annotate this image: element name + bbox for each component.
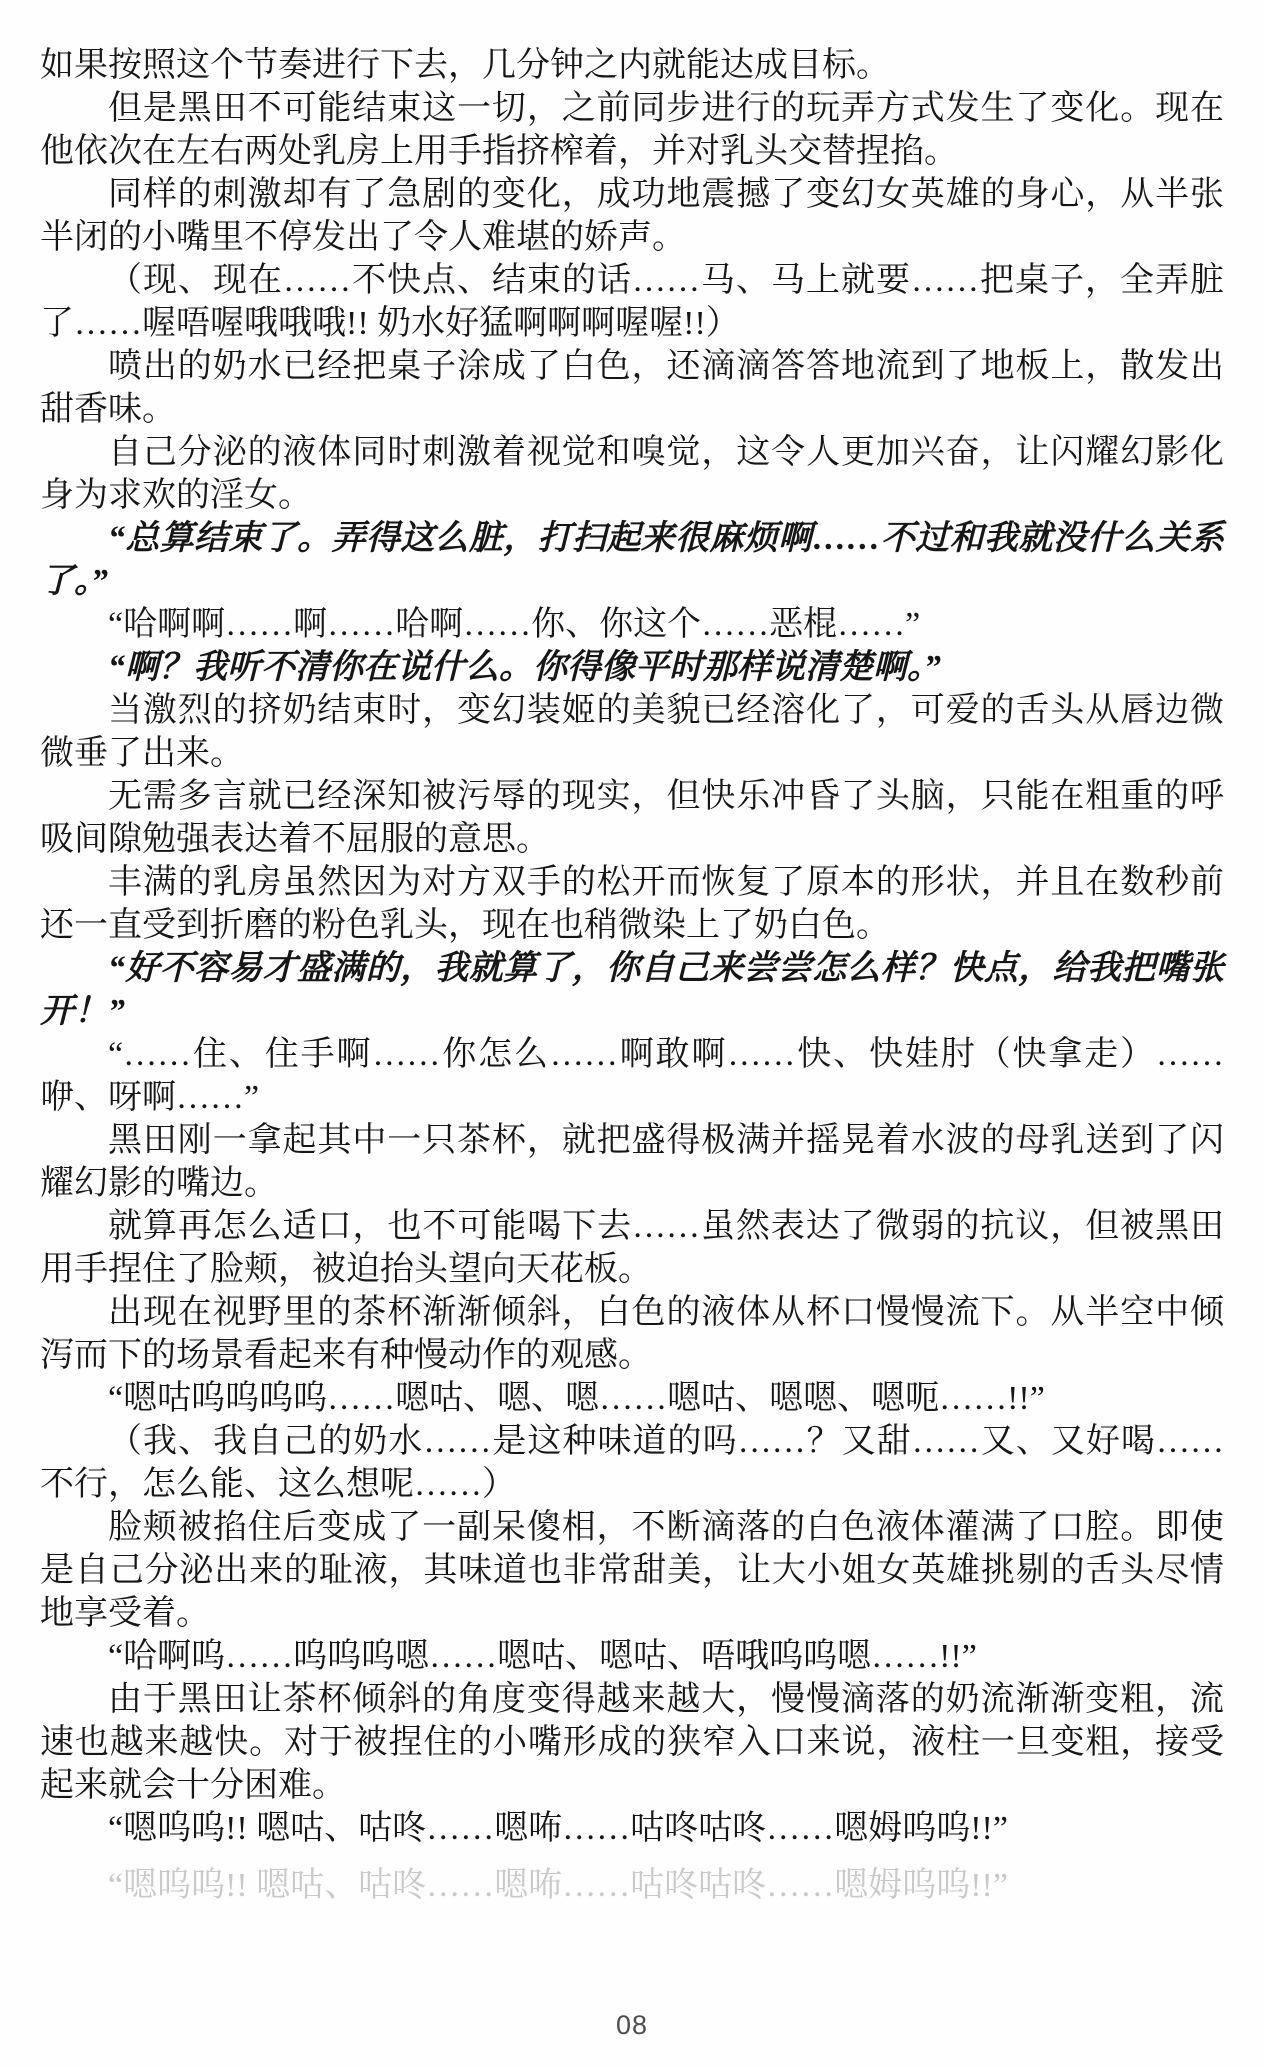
dialogue-paragraph: “嗯咕呜呜呜呜……嗯咕、嗯、嗯……嗯咕、嗯嗯、嗯呃……!!” — [40, 1377, 1224, 1420]
inner-monologue-paragraph: （我、我自己的奶水……是这种味道的吗……？又甜……又、又好喝……不行，怎么能、这… — [40, 1420, 1224, 1506]
body-paragraph: 黑田刚一拿起其中一只茶杯，就把盛得极满并摇晃着水波的母乳送到了闪耀幻影的嘴边。 — [40, 1119, 1224, 1205]
body-paragraph: 无需多言就已经深知被污辱的现实，但快乐冲昏了头脑，只能在粗重的呼吸间隙勉强表达着… — [40, 775, 1224, 861]
body-paragraph: 就算再怎么适口，也不可能喝下去……虽然表达了微弱的抗议，但被黑田用手捏住了脸颊，… — [40, 1205, 1224, 1291]
body-paragraph: 出现在视野里的茶杯渐渐倾斜，白色的液体从杯口慢慢流下。从半空中倾泻而下的场景看起… — [40, 1291, 1224, 1377]
dialogue-emphasis-paragraph: “好不容易才盛满的，我就算了，你自己来尝尝怎么样？快点，给我把嘴张开！” — [40, 947, 1224, 1033]
body-paragraph: 由于黑田让茶杯倾斜的角度变得越来越大，慢慢滴落的奶流渐渐变粗，流速也越来越快。对… — [40, 1678, 1224, 1807]
dialogue-paragraph: “哈啊呜……呜呜呜嗯……嗯咕、嗯咕、唔哦呜呜嗯……!!” — [40, 1635, 1224, 1678]
body-paragraph: 但是黑田不可能结束这一切，之前同步进行的玩弄方式发生了变化。现在他依次在左右两处… — [40, 87, 1224, 173]
dialogue-emphasis-paragraph: “总算结束了。弄得这么脏，打扫起来很麻烦啊……不过和我就没什么关系了。” — [40, 517, 1224, 603]
dialogue-paragraph: “哈啊啊……啊……哈啊……你、你这个……恶棍……” — [40, 603, 1224, 646]
dialogue-emphasis-paragraph: “啊？我听不清你在说什么。你得像平时那样说清楚啊。” — [40, 646, 1224, 689]
body-paragraph: 丰满的乳房虽然因为对方双手的松开而恢复了原本的形状，并且在数秒前还一直受到折磨的… — [40, 861, 1224, 947]
ghost-duplicate-line: “嗯呜呜!! 嗯咕、咕咚……嗯咘……咕咚咕咚……嗯姆呜呜!!” — [40, 1864, 1224, 1907]
body-paragraph: 自己分泌的液体同时刺激着视觉和嗅觉，这令人更加兴奋，让闪耀幻影化身为求欢的淫女。 — [40, 431, 1224, 517]
body-paragraph: 脸颊被掐住后变成了一副呆傻相，不断滴落的白色液体灌满了口腔。即使是自己分泌出来的… — [40, 1506, 1224, 1635]
document-page: 如果按照这个节奏进行下去，几分钟之内就能达成目标。 但是黑田不可能结束这一切，之… — [0, 0, 1264, 2067]
dialogue-paragraph: “……住、住手啊……你怎么……啊敢啊……快、快娃肘（快拿走）……咿、呀啊……” — [40, 1033, 1224, 1119]
body-paragraph: 当激烈的挤奶结束时，变幻装姬的美貌已经溶化了，可爱的舌头从唇边微微垂了出来。 — [40, 689, 1224, 775]
body-paragraph: 同样的刺激却有了急剧的变化，成功地震撼了变幻女英雄的身心，从半张半闭的小嘴里不停… — [40, 173, 1224, 259]
text-block: 如果按照这个节奏进行下去，几分钟之内就能达成目标。 但是黑田不可能结束这一切，之… — [40, 44, 1224, 1907]
body-paragraph: 如果按照这个节奏进行下去，几分钟之内就能达成目标。 — [40, 44, 1224, 87]
page-number: 08 — [0, 2010, 1264, 2041]
inner-monologue-paragraph: （现、现在……不快点、结束的话……马、马上就要……把桌子，全弄脏了……喔唔喔哦哦… — [40, 259, 1224, 345]
dialogue-paragraph: “嗯呜呜!! 嗯咕、咕咚……嗯咘……咕咚咕咚……嗯姆呜呜!!” — [40, 1807, 1224, 1850]
body-paragraph: 喷出的奶水已经把桌子涂成了白色，还滴滴答答地流到了地板上，散发出甜香味。 — [40, 345, 1224, 431]
